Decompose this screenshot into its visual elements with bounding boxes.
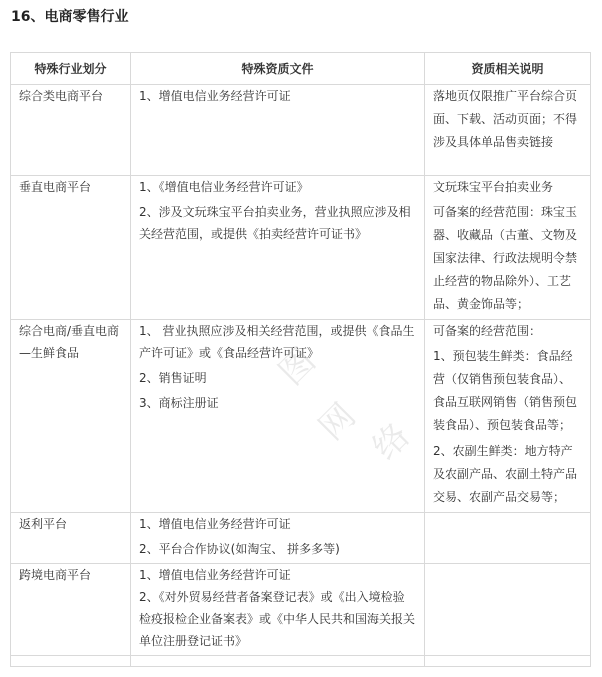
note-item: 2、农副生鲜类：地方特产及农副产品、农副土特产品交易、农副产品交易等；	[433, 440, 582, 509]
category-cell: 综合类电商平台	[11, 85, 131, 176]
documents-cell: 1、增值电信业务经营许可证 2、《对外贸易经营者备案登记表》或《出入境检验检疫报…	[131, 564, 425, 656]
note-item: 落地页仅限推广平台综合页面、下载、活动页面；不得涉及具体单品售卖链接	[433, 85, 582, 154]
document-item: 2、《对外贸易经营者备案登记表》或《出入境检验检疫报检企业备案表》或《中华人民共…	[139, 586, 416, 652]
documents-cell: 1、增值电信业务经营许可证	[131, 85, 425, 176]
documents-cell: 1、增值电信业务经营许可证 2、平台合作协议(如淘宝、 拼多多等)	[131, 513, 425, 564]
header-category: 特殊行业划分	[11, 53, 131, 85]
note-item: 1、预包装生鲜类：食品经营（仅销售预包装食品）、食品互联网销售（销售预包装食品）…	[433, 345, 582, 437]
qualification-table: 特殊行业划分 特殊资质文件 资质相关说明 综合类电商平台 1、增值电信业务经营许…	[10, 52, 591, 667]
header-documents: 特殊资质文件	[131, 53, 425, 85]
document-item: 1、 营业执照应涉及相关经营范围，或提供《食品生产许可证》或《食品经营许可证》	[139, 320, 416, 364]
section-title: 16、电商零售行业	[11, 6, 128, 26]
note-item: 可备案的经营范围：	[433, 320, 582, 342]
document-item: 1、增值电信业务经营许可证	[139, 85, 416, 107]
header-notes: 资质相关说明	[425, 53, 591, 85]
notes-cell: 文玩珠宝平台拍卖业务 可备案的经营范围：珠宝玉器、收藏品（古董、文物及国家法律、…	[425, 176, 591, 320]
category-text: 跨境电商平台	[19, 564, 122, 586]
notes-cell	[425, 656, 591, 667]
table-row: 综合电商/垂直电商—生鲜食品 1、 营业执照应涉及相关经营范围，或提供《食品生产…	[11, 320, 591, 513]
category-cell: 返利平台	[11, 513, 131, 564]
document-item: 1、增值电信业务经营许可证	[139, 564, 416, 586]
document-item: 2、平台合作协议(如淘宝、 拼多多等)	[139, 538, 416, 560]
notes-cell	[425, 513, 591, 564]
table-row: 返利平台 1、增值电信业务经营许可证 2、平台合作协议(如淘宝、 拼多多等)	[11, 513, 591, 564]
table-row: 跨境电商平台 1、增值电信业务经营许可证 2、《对外贸易经营者备案登记表》或《出…	[11, 564, 591, 656]
table-header-row: 特殊行业划分 特殊资质文件 资质相关说明	[11, 53, 591, 85]
document-item: 1、增值电信业务经营许可证	[139, 513, 416, 535]
note-item: 可备案的经营范围：珠宝玉器、收藏品（古董、文物及国家法律、行政法规明令禁止经营的…	[433, 201, 582, 316]
notes-cell: 落地页仅限推广平台综合页面、下载、活动页面；不得涉及具体单品售卖链接	[425, 85, 591, 176]
category-text: 综合电商/垂直电商—生鲜食品	[19, 320, 122, 364]
category-cell	[11, 656, 131, 667]
note-item: 文玩珠宝平台拍卖业务	[433, 176, 582, 198]
category-text: 综合类电商平台	[19, 85, 122, 107]
category-cell: 跨境电商平台	[11, 564, 131, 656]
category-cell: 综合电商/垂直电商—生鲜食品	[11, 320, 131, 513]
documents-cell: 1、 营业执照应涉及相关经营范围，或提供《食品生产许可证》或《食品经营许可证》 …	[131, 320, 425, 513]
table-row: 垂直电商平台 1、《增值电信业务经营许可证》 2、涉及文玩珠宝平台拍卖业务，营业…	[11, 176, 591, 320]
table-row: 综合类电商平台 1、增值电信业务经营许可证 落地页仅限推广平台综合页面、下载、活…	[11, 85, 591, 176]
notes-cell: 可备案的经营范围： 1、预包装生鲜类：食品经营（仅销售预包装食品）、食品互联网销…	[425, 320, 591, 513]
document-item: 2、销售证明	[139, 367, 416, 389]
category-cell: 垂直电商平台	[11, 176, 131, 320]
document-item: 2、涉及文玩珠宝平台拍卖业务，营业执照应涉及相关经营范围，或提供《拍卖经营许可证…	[139, 201, 416, 245]
documents-cell: 1、《增值电信业务经营许可证》 2、涉及文玩珠宝平台拍卖业务，营业执照应涉及相关…	[131, 176, 425, 320]
document-item: 3、商标注册证	[139, 392, 416, 414]
table-row-partial	[11, 656, 591, 667]
notes-cell	[425, 564, 591, 656]
category-text: 垂直电商平台	[19, 176, 122, 198]
documents-cell	[131, 656, 425, 667]
category-text: 返利平台	[19, 513, 122, 535]
document-item: 1、《增值电信业务经营许可证》	[139, 176, 416, 198]
